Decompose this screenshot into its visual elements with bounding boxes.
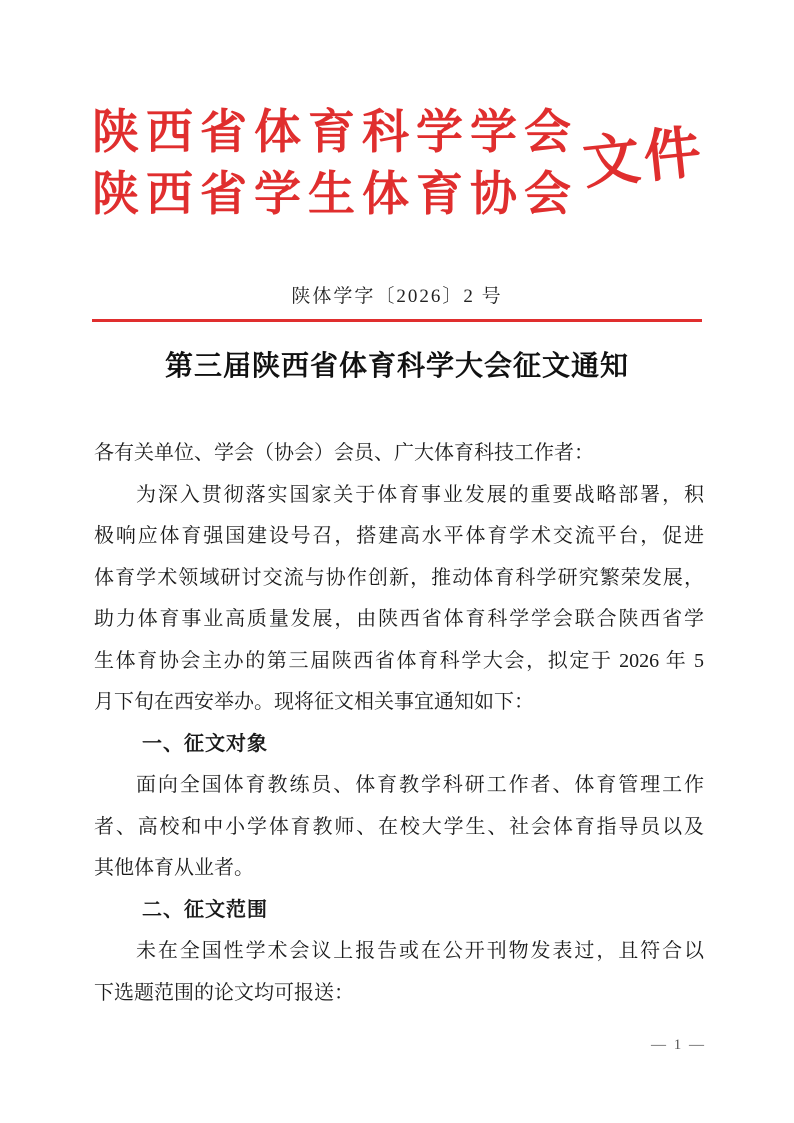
paragraph-line: 下选题范围的论文均可报送： [94, 973, 704, 1015]
paragraph-line: 月下旬在西安举办。现将征文相关事宜通知如下： [94, 682, 704, 724]
paragraph-line: 极响应体育强国建设号召，搭建高水平体育学术交流平台，促进 [94, 516, 704, 558]
letterhead: 陕西省体育科学学会 陕西省学生体育协会 文件 [92, 102, 702, 226]
paragraph-line: 者、高校和中小学体育教师、在校大学生、社会体育指导员以及 [94, 807, 704, 849]
section-heading-2: 二、征文范围 [94, 890, 704, 932]
red-separator-rule [92, 319, 702, 322]
page-title: 第三届陕西省体育科学大会征文通知 [82, 344, 712, 384]
paragraph-line: 其他体育从业者。 [94, 848, 704, 890]
document-body: 各有关单位、学会（协会）会员、广大体育科技工作者： 为深入贯彻落实国家关于体育事… [94, 433, 704, 1014]
document-page: 陕西省体育科学学会 陕西省学生体育协会 文件 陕体学字〔2026〕2 号 第三届… [0, 0, 794, 1123]
paragraph-line: 助力体育事业高质量发展，由陕西省体育科学学会联合陕西省学 [94, 599, 704, 641]
paragraph-line: 体育学术领域研讨交流与协作创新，推动体育科学研究繁荣发展， [94, 558, 704, 600]
document-label: 文件 [580, 124, 707, 193]
salutation-line: 各有关单位、学会（协会）会员、广大体育科技工作者： [94, 433, 704, 475]
paragraph-line: 面向全国体育教练员、体育教学科研工作者、体育管理工作 [94, 765, 704, 807]
paragraph-line: 未在全国性学术会议上报告或在公开刊物发表过，且符合以 [94, 931, 704, 973]
paragraph-line: 生体育协会主办的第三届陕西省体育科学大会，拟定于 2026 年 5 [94, 641, 704, 683]
paragraph-line: 为深入贯彻落实国家关于体育事业发展的重要战略部署，积 [94, 475, 704, 517]
section-heading-1: 一、征文对象 [94, 724, 704, 766]
document-number: 陕体学字〔2026〕2 号 [92, 281, 702, 308]
page-number: — 1 — [651, 1037, 706, 1054]
